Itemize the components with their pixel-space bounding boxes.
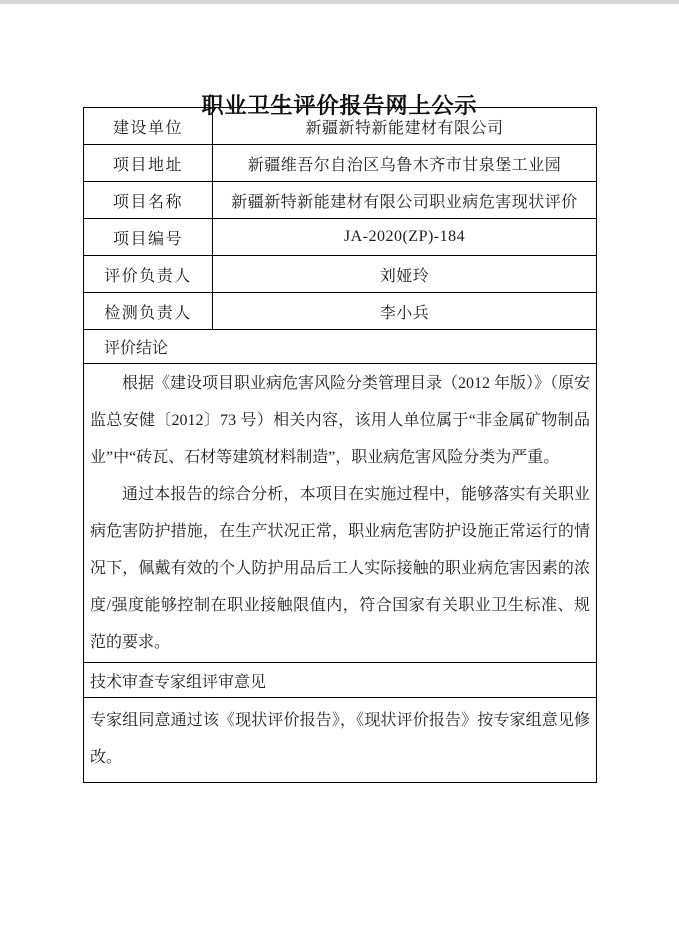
review-body: 专家组同意通过该《现状评价报告》，《现状评价报告》按专家组意见修改。 — [84, 698, 597, 783]
table-row-project-number: 项目编号 JA-2020(ZP)-184 — [84, 219, 597, 256]
table-row-construction-unit: 建设单位 新疆新特新能建材有限公司 — [84, 108, 597, 145]
row-label: 评价负责人 — [84, 256, 213, 293]
row-label: 项目地址 — [84, 145, 213, 182]
table-row-testing-leader: 检测负责人 李小兵 — [84, 293, 597, 330]
row-value: 刘娅玲 — [213, 256, 597, 293]
conclusion-body: 根据《建设项目职业病危害风险分类管理目录（2012 年版）》（原安监总安健〔20… — [84, 364, 597, 663]
row-value: JA-2020(ZP)-184 — [213, 219, 597, 256]
table-row-review-body: 专家组同意通过该《现状评价报告》，《现状评价报告》按专家组意见修改。 — [84, 698, 597, 783]
row-value: 新疆新特新能建材有限公司 — [213, 108, 597, 145]
window-top-strip — [0, 0, 679, 4]
conclusion-paragraph-1: 根据《建设项目职业病危害风险分类管理目录（2012 年版）》（原安监总安健〔20… — [90, 365, 590, 476]
row-label: 检测负责人 — [84, 293, 213, 330]
conclusion-paragraph-2: 通过本报告的综合分析，本项目在实施过程中，能够落实有关职业病危害防护措施，在生产… — [90, 476, 590, 661]
table-row-conclusion-body: 根据《建设项目职业病危害风险分类管理目录（2012 年版）》（原安监总安健〔20… — [84, 364, 597, 663]
review-text: 专家组同意通过该《现状评价报告》，《现状评价报告》按专家组意见修改。 — [90, 702, 590, 776]
row-value: 新疆新特新能建材有限公司职业病危害现状评价 — [213, 182, 597, 219]
table-row-conclusion-header: 评价结论 — [84, 330, 597, 364]
table-row-project-address: 项目地址 新疆维吾尔自治区乌鲁木齐市甘泉堡工业园 — [84, 145, 597, 182]
document-page: { "colors": { "page_background": "#fffff… — [0, 0, 679, 948]
row-label: 建设单位 — [84, 108, 213, 145]
row-value: 李小兵 — [213, 293, 597, 330]
row-value: 新疆维吾尔自治区乌鲁木齐市甘泉堡工业园 — [213, 145, 597, 182]
table-row-review-header: 技术审查专家组评审意见 — [84, 663, 597, 698]
table-row-evaluation-leader: 评价负责人 刘娅玲 — [84, 256, 597, 293]
conclusion-header-label: 评价结论 — [84, 330, 597, 364]
table-row-project-name: 项目名称 新疆新特新能建材有限公司职业病危害现状评价 — [84, 182, 597, 219]
notice-table: 建设单位 新疆新特新能建材有限公司 项目地址 新疆维吾尔自治区乌鲁木齐市甘泉堡工… — [83, 107, 597, 783]
review-header-label: 技术审查专家组评审意见 — [84, 663, 597, 698]
row-label: 项目编号 — [84, 219, 213, 256]
row-label: 项目名称 — [84, 182, 213, 219]
